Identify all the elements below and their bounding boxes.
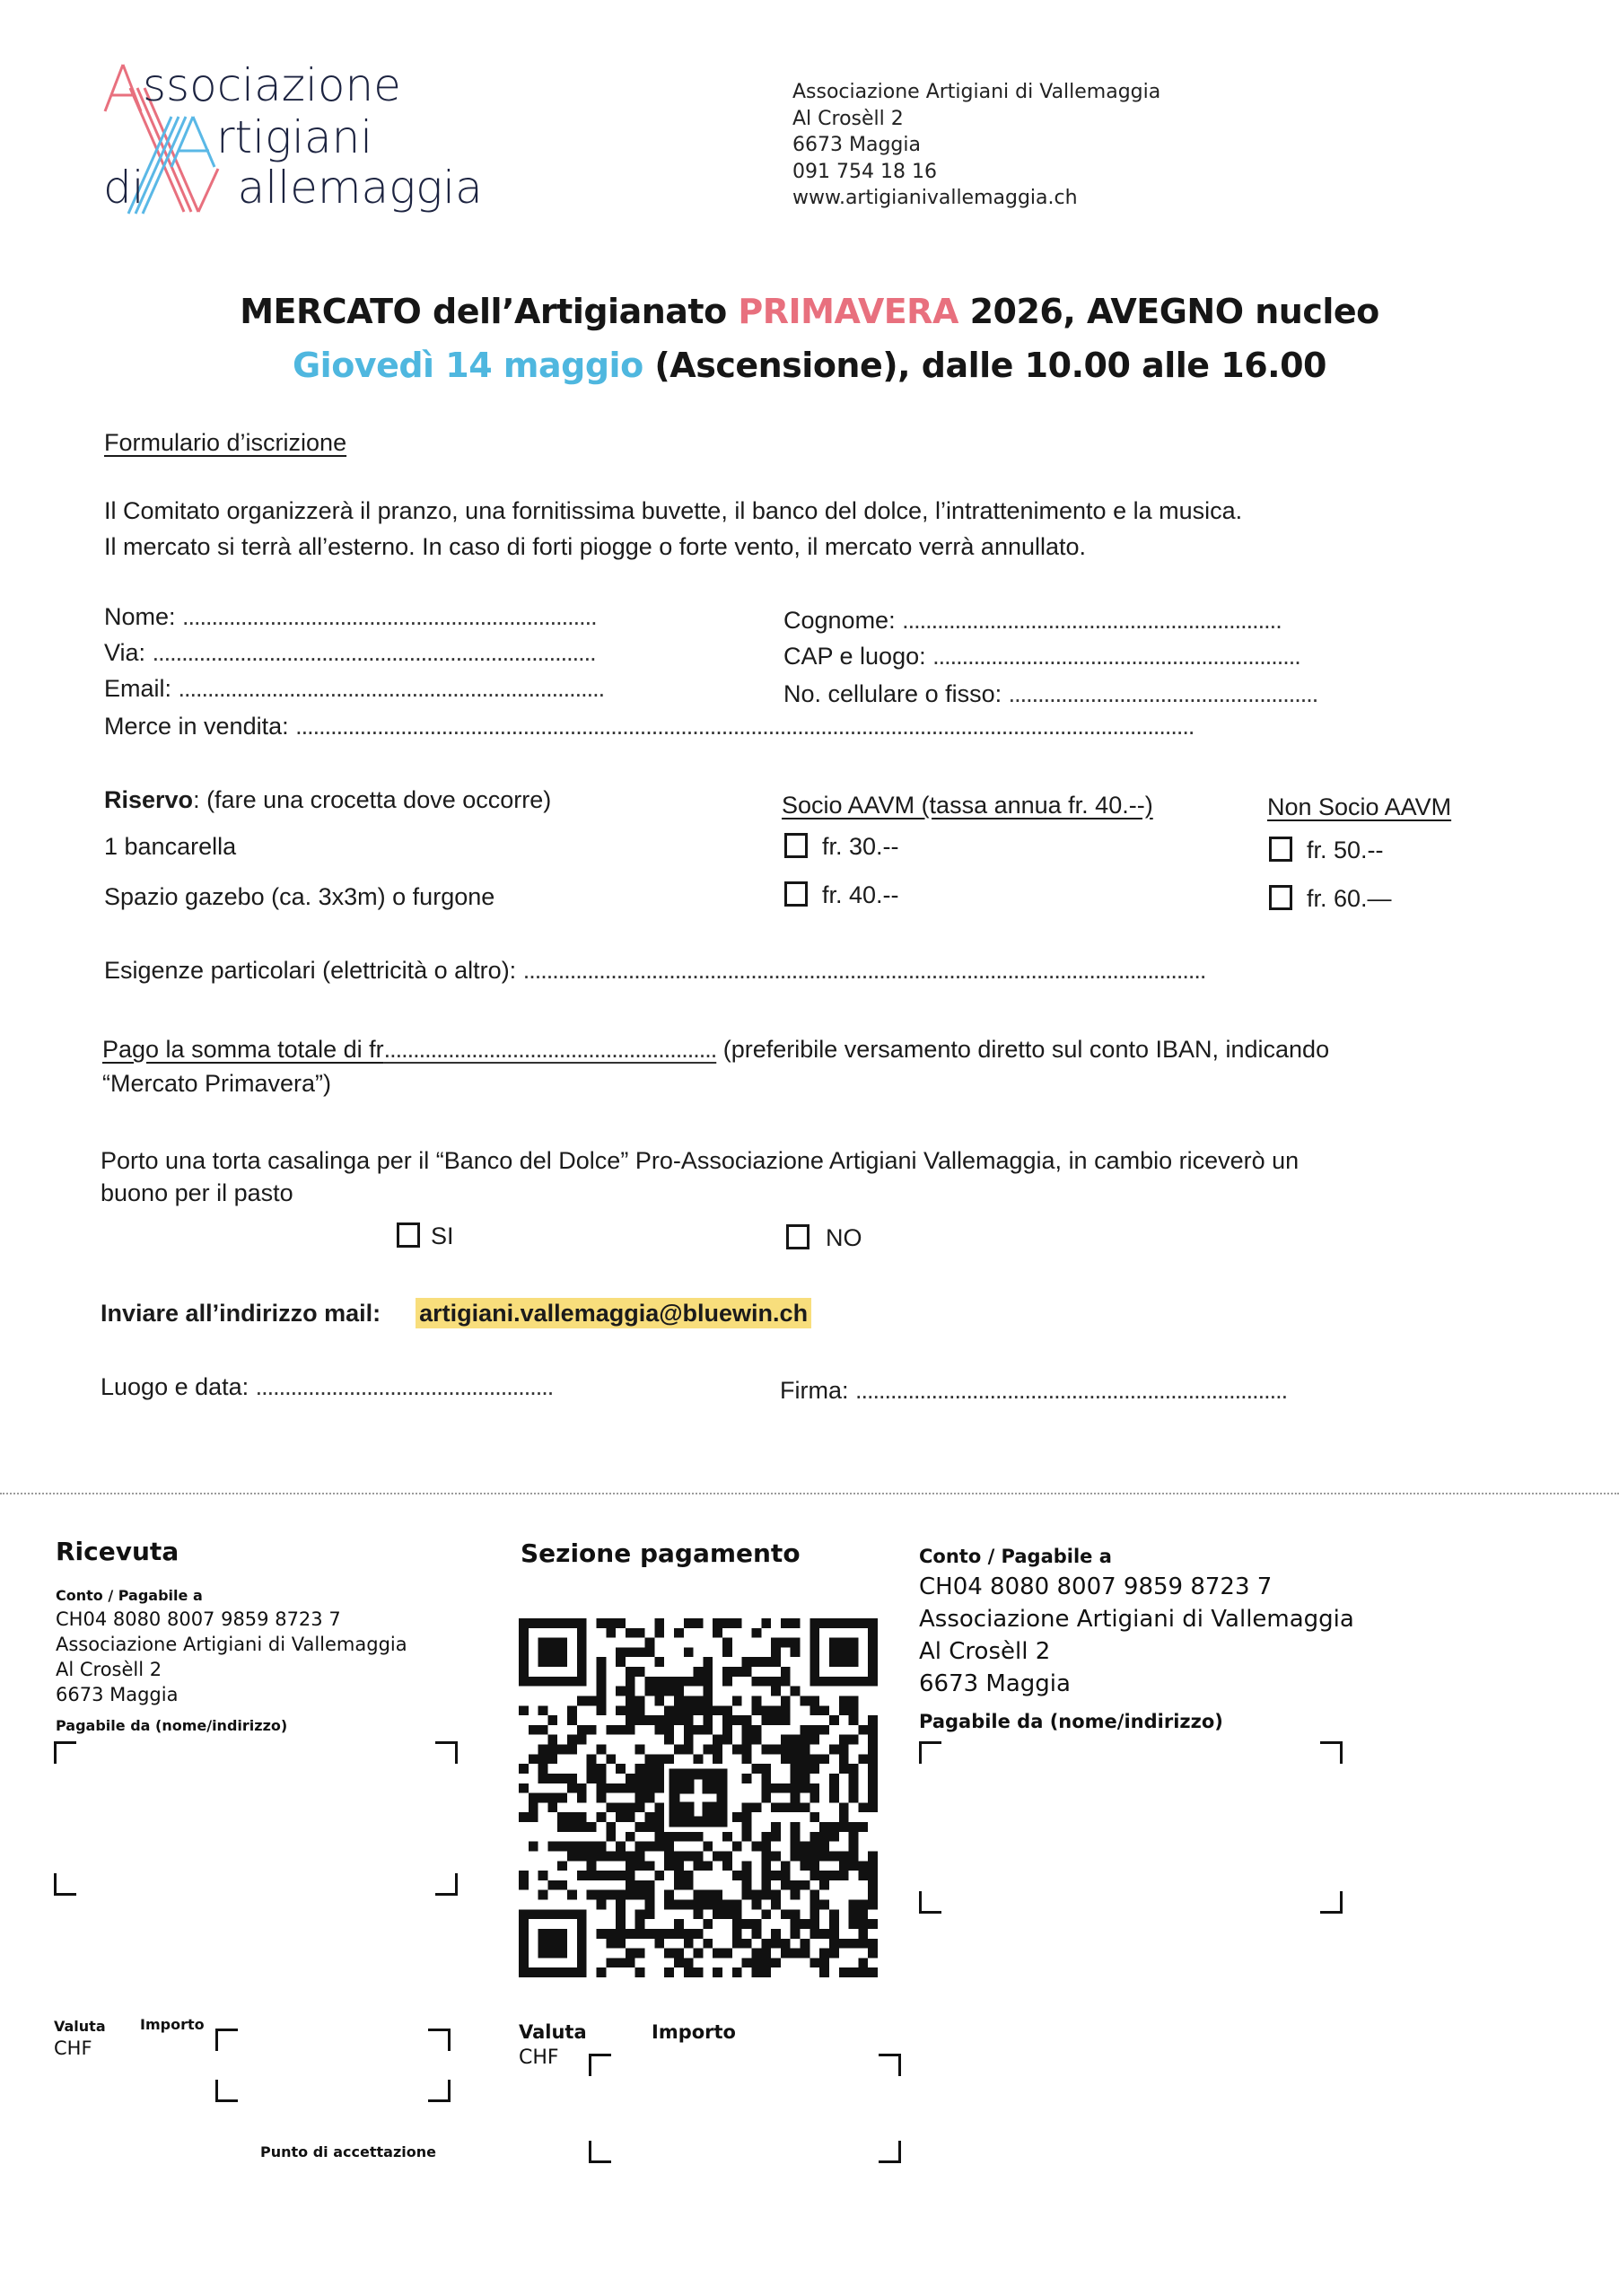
field-luogo-data[interactable]: Luogo e data: ..........................…: [101, 1373, 553, 1401]
association-logo: Associazionessociazione rtigiani diallem…: [103, 61, 516, 218]
receipt-acceptance-point: Punto di accettazione: [260, 2143, 436, 2160]
receipt-currency: CHF: [54, 2037, 92, 2059]
intro-line-1: Il Comitato organizzerà il pranzo, una f…: [104, 497, 1242, 525]
field-email[interactable]: Email: .................................…: [104, 675, 604, 703]
col-non-socio-header: Non Socio AAVM: [1267, 793, 1451, 821]
event-date: Giovedì 14 maggio (Ascensione), dalle 10…: [0, 346, 1619, 385]
event-title: MERCATO dell’Artigianato PRIMAVERA 2026,…: [0, 292, 1619, 331]
send-to-email[interactable]: artigiani.vallemaggia@bluewin.ch: [416, 1298, 811, 1328]
info-creditor-city: 6673 Maggia: [919, 1668, 1354, 1700]
info-account-label: Conto / Pagabile a: [919, 1546, 1112, 1567]
field-cognome[interactable]: Cognome: ...............................…: [783, 607, 1282, 635]
receipt-creditor-city: 6673 Maggia: [56, 1682, 407, 1707]
logo-line-1: Associazionessociazione: [143, 63, 401, 108]
field-via[interactable]: Via: ...................................…: [104, 639, 596, 667]
checkbox[interactable]: [1269, 885, 1292, 910]
checkbox[interactable]: [784, 833, 808, 858]
swiss-qr-code-icon: [519, 1618, 878, 1977]
field-cap-luogo[interactable]: CAP e luogo: ...........................…: [783, 643, 1300, 670]
receipt-creditor-street: Al Crosèll 2: [56, 1657, 407, 1682]
payment-part-title: Sezione pagamento: [521, 1538, 801, 1568]
payment-amount-box[interactable]: [589, 2054, 901, 2163]
checkbox[interactable]: [784, 881, 808, 907]
org-phone: 091 754 18 16: [792, 159, 1160, 186]
org-city: 6673 Maggia: [792, 132, 1160, 159]
reserve-label: Riservo: (fare una crocetta dove occorre…: [104, 786, 551, 814]
receipt-iban: CH04 8080 8007 9859 8723 7: [56, 1607, 407, 1632]
info-creditor: CH04 8080 8007 9859 8723 7 Associazione …: [919, 1571, 1354, 1700]
info-payable-by-box[interactable]: [919, 1741, 1343, 1914]
logo-line-2: rtigiani: [216, 115, 372, 160]
send-to-row: Inviare all’indirizzo mail: artigiani.va…: [101, 1300, 811, 1328]
field-firma[interactable]: Firma: .................................…: [780, 1377, 1287, 1405]
org-name: Associazione Artigiani di Vallemaggia: [792, 79, 1160, 106]
receipt-payable-by-label: Pagabile da (nome/indirizzo): [56, 1717, 287, 1734]
reserve-item-bancarella: 1 bancarella: [104, 833, 236, 861]
receipt-currency-label: Valuta: [54, 2018, 106, 2035]
payment-currency: CHF: [519, 2046, 559, 2069]
field-nome[interactable]: Nome: ..................................…: [104, 603, 597, 631]
payment-amount-label: Importo: [652, 2021, 736, 2043]
info-payable-by-label: Pagabile da (nome/indirizzo): [919, 1711, 1223, 1732]
receipt-creditor: CH04 8080 8007 9859 8723 7 Associazione …: [56, 1607, 407, 1707]
payment-currency-label: Valuta: [519, 2021, 587, 2043]
field-esigenze[interactable]: Esigenze particolari (elettricità o altr…: [104, 957, 1205, 985]
pago-note-2: “Mercato Primavera”): [102, 1070, 331, 1098]
field-pago[interactable]: Pago la somma totale di fr..............…: [102, 1036, 1329, 1064]
checkbox[interactable]: [786, 1224, 809, 1249]
info-iban: CH04 8080 8007 9859 8723 7: [919, 1571, 1354, 1603]
option-non-socio-gazebo[interactable]: fr. 60.—: [1269, 885, 1392, 913]
logo-line-3: diallemaggia: [103, 165, 483, 210]
col-socio-header: Socio AAVM (tassa annua fr. 40.--): [782, 792, 1153, 819]
torta-no-option[interactable]: NO: [786, 1224, 862, 1252]
date-highlight: Giovedì 14 maggio: [293, 346, 643, 385]
info-creditor-name: Associazione Artigiani di Vallemaggia: [919, 1603, 1354, 1635]
intro-line-2: Il mercato si terrà all’esterno. In caso…: [104, 533, 1086, 561]
field-telefono[interactable]: No. cellulare o fisso: .................…: [783, 680, 1317, 708]
receipt-amount-box[interactable]: [215, 2029, 451, 2102]
option-socio-bancarella[interactable]: fr. 30.--: [784, 833, 899, 861]
torta-yes-option[interactable]: SI: [397, 1222, 454, 1250]
receipt-creditor-name: Associazione Artigiani di Vallemaggia: [56, 1632, 407, 1657]
checkbox[interactable]: [397, 1222, 420, 1248]
field-merce[interactable]: Merce in vendita: ......................…: [104, 713, 1194, 741]
receipt-payable-by-box[interactable]: [54, 1741, 458, 1896]
torta-text-2: buono per il pasto: [101, 1179, 293, 1207]
option-non-socio-bancarella[interactable]: fr. 50.--: [1269, 837, 1384, 864]
org-street: Al Crosèll 2: [792, 106, 1160, 133]
form-heading: Formulario d’iscrizione: [104, 429, 346, 457]
info-creditor-street: Al Crosèll 2: [919, 1635, 1354, 1668]
receipt-title: Ricevuta: [56, 1537, 179, 1566]
season-highlight: PRIMAVERA: [738, 292, 958, 331]
perforation-line: [0, 1493, 1619, 1494]
checkbox[interactable]: [1269, 837, 1292, 862]
org-website[interactable]: www.artigianivallemaggia.ch: [792, 185, 1160, 212]
receipt-account-label: Conto / Pagabile a: [56, 1587, 203, 1604]
org-address-block: Associazione Artigiani di Vallemaggia Al…: [792, 79, 1160, 212]
reserve-item-gazebo: Spazio gazebo (ca. 3x3m) o furgone: [104, 883, 494, 911]
option-socio-gazebo[interactable]: fr. 40.--: [784, 881, 899, 909]
receipt-amount-label: Importo: [140, 2016, 205, 2033]
torta-text-1: Porto una torta casalinga per il “Banco …: [101, 1147, 1299, 1175]
